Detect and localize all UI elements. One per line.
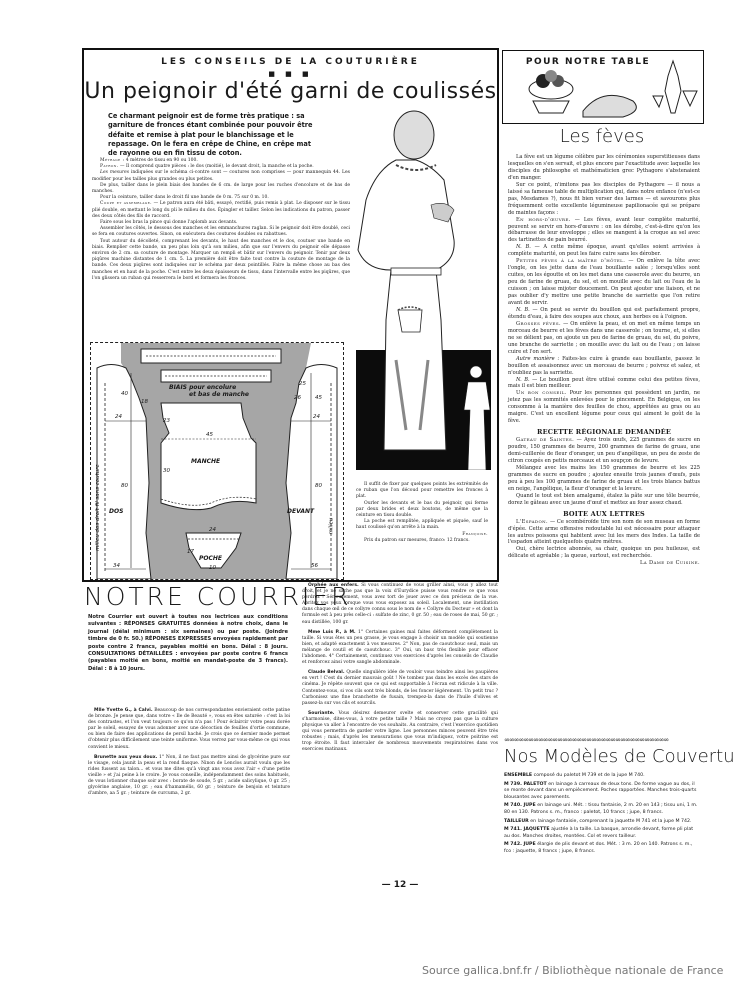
feves-para: Un bon conseil. Pour les personnes qui p… (508, 390, 700, 425)
modele-item: M 741. JAQUETTE ajustée à la taille. La … (504, 827, 700, 840)
modeles-list: ENSEMBLE composé du paletot M 739 et de … (504, 773, 700, 858)
dim-25: 25 (299, 381, 306, 387)
page-number: — 12 — (350, 880, 450, 890)
boite-para: Oui, chère lectrice abonnée, sa chair, q… (508, 546, 700, 560)
courrier-letters-col1: Mlle Yvette G., à Calvi. Beaucoup de nos… (88, 708, 290, 797)
dim-80-devant: 80 (315, 483, 322, 489)
dim-18: 18 (141, 399, 148, 405)
label-manche: MANCHE (191, 458, 220, 465)
label-biais: BIAIS pour encolureet bas de manche (169, 384, 249, 398)
letter-item: Mme Luis P., à M. 1° Certaines gaines ma… (302, 630, 498, 667)
instructions-text: Métrage : 4 mètres de tissu en 90 ou 100… (92, 158, 350, 282)
feves-para: N. B. — Le bouillon peut être utilisé co… (508, 377, 700, 391)
article-lead: Ce charmant peignoir est de forme très p… (108, 112, 318, 158)
dim-24-poche: 24 (209, 527, 216, 533)
feves-para: En hors-d'œuvre. — Les fèves, avant leur… (508, 217, 700, 245)
feves-para: La fève est un légume célèbre par les cé… (508, 154, 700, 182)
modele-item: M 740. JUPE en lainage uni. Mét. : tissu… (504, 803, 700, 816)
finishing-caption: Il suffit de fixer par quelques points l… (356, 482, 488, 544)
boite-para: L'Espadon. — Ce scombéroïde tire son nom… (508, 519, 700, 547)
para-coupe: Coupe et assemblage. — Le patron aura ét… (92, 201, 350, 220)
modele-item: ENSEMBLE composé du paletot M 739 et de … (504, 773, 700, 780)
feves-para: Autre manière : Faites-les cuire à grand… (508, 356, 700, 377)
peignoir-illustration (336, 110, 491, 470)
feves-para: N. B. — On peut se servir du bouillon qu… (508, 307, 700, 321)
courrier-letters-col2: Orphée aux enfers. Si vous continuez de … (302, 583, 498, 753)
dim-34: 34 (113, 563, 120, 569)
caption-para-1: Il suffit de fixer par quelques points l… (356, 482, 488, 501)
dim-24-right: 24 (313, 414, 320, 420)
woman-figure-svg (336, 110, 491, 470)
feves-para: Petites fèves à la maître d'hôtel. — On … (508, 258, 700, 307)
table-banner: POUR NOTRE TABLE (502, 50, 704, 124)
letter-item: Mlle Yvette G., à Calvi. Beaucoup de nos… (88, 708, 290, 751)
letter-item: Souriante. Vous désirez demeurer svelte … (302, 711, 498, 754)
para-assembler: Assembler les côtés, le dessous des manc… (92, 226, 350, 238)
dim-80-dos: 80 (121, 483, 128, 489)
modele-item: TAILLEUR en lainage fantaisie, comprenan… (504, 819, 700, 826)
para-decollete: Tout autour du décolleté, comprenant les… (92, 239, 350, 282)
table-still-life-svg (503, 51, 703, 123)
couturiere-kicker: LES CONSEILS DE LA COUTURIÈRE (84, 57, 497, 67)
feves-title: Les fèves (502, 126, 702, 147)
label-poche: POCHE (199, 555, 222, 562)
feves-para: Sur ce point, n'imitons pas les disciple… (508, 182, 700, 217)
modele-item: M 742. JUPE élargie de plis devant et do… (504, 842, 700, 855)
boite-signature: La Dame de Cuisine. (508, 560, 700, 567)
label-dos: DOS (109, 508, 123, 515)
dim-30: 30 (163, 468, 170, 474)
dim-17: 17 (187, 549, 194, 555)
dim-40: 40 (121, 391, 128, 397)
feves-para: N. B. — A cette même époque, avant qu'el… (508, 244, 700, 258)
label-milieu: milieu (328, 518, 334, 535)
modeles-title: Nos Modèles de Couverture (504, 746, 704, 767)
kicker-dots: ■ ■ ■ (84, 70, 497, 78)
dim-24-left: 24 (115, 414, 122, 420)
feves-para: Grosses fèves. — On enlève la peau, et o… (508, 321, 700, 356)
recette-para: Mélangez avec les mains les 150 grammes … (508, 465, 700, 493)
recette-para: Gateau de Saintes. — Ayez trois œufs, 22… (508, 437, 700, 465)
pattern-price: Prix du patron sur mesures, franco: 12 f… (356, 538, 488, 544)
sewing-pattern-diagram: BIAIS pour encolureet bas de manche MANC… (90, 342, 344, 580)
caption-para-2: Ourler les devants et le bas du peignoir… (356, 501, 488, 520)
letter-item: Brunette aux yeux doux. 1° Non, il ne fa… (88, 755, 290, 798)
modele-item: M 739. PALETOT en lainage à carreaux de … (504, 782, 700, 802)
para-mesures: Les mesures indiquées sur le schéma ci-c… (92, 170, 350, 182)
decorative-ornament-rule: ∞∞∞∞∞∞∞∞∞∞∞∞∞∞∞∞∞∞∞∞∞∞∞∞∞∞∞∞∞∞∞∞∞∞ (504, 736, 700, 744)
boite-heading: BOITE AUX LETTRES (508, 511, 700, 518)
dim-26: 26 (294, 395, 301, 401)
caption-para-3: La poche est remplitée, appliquée et piq… (356, 519, 488, 531)
dim-10: 10 (209, 565, 216, 571)
article-title: Un peignoir d'été garni de coulissés (84, 79, 497, 104)
dim-45-manche: 45 (206, 432, 213, 438)
label-devant: DEVANT (287, 508, 314, 515)
dim-45-devant: 45 (315, 395, 322, 401)
letter-item: Claude Belval. Quelle singulière idée de… (302, 670, 498, 707)
source-attribution[interactable]: Source gallica.bnf.fr / Bibliothèque nat… (422, 964, 723, 977)
couturiere-article: LES CONSEILS DE LA COUTURIÈRE ■ ■ ■ Un p… (82, 48, 499, 582)
recette-para: Quand le tout est bien amalgamé, étalez … (508, 493, 700, 507)
dim-23: 23 (163, 418, 170, 424)
letter-item: Orphée aux enfers. Si vous continuez de … (302, 583, 498, 626)
courrier-conditions: Notre Courrier est ouvert à toutes nos l… (88, 614, 288, 673)
feves-body: La fève est un légume célèbre par les cé… (508, 154, 700, 567)
recette-heading: RECETTE RÉGIONALE DEMANDÉE (508, 429, 700, 436)
dim-56: 56 (311, 563, 318, 569)
label-milieu-dos: milieu dos droit fil sans couture (95, 401, 101, 551)
para-biais: De plus, tailler dans le plein biais des… (92, 183, 350, 195)
